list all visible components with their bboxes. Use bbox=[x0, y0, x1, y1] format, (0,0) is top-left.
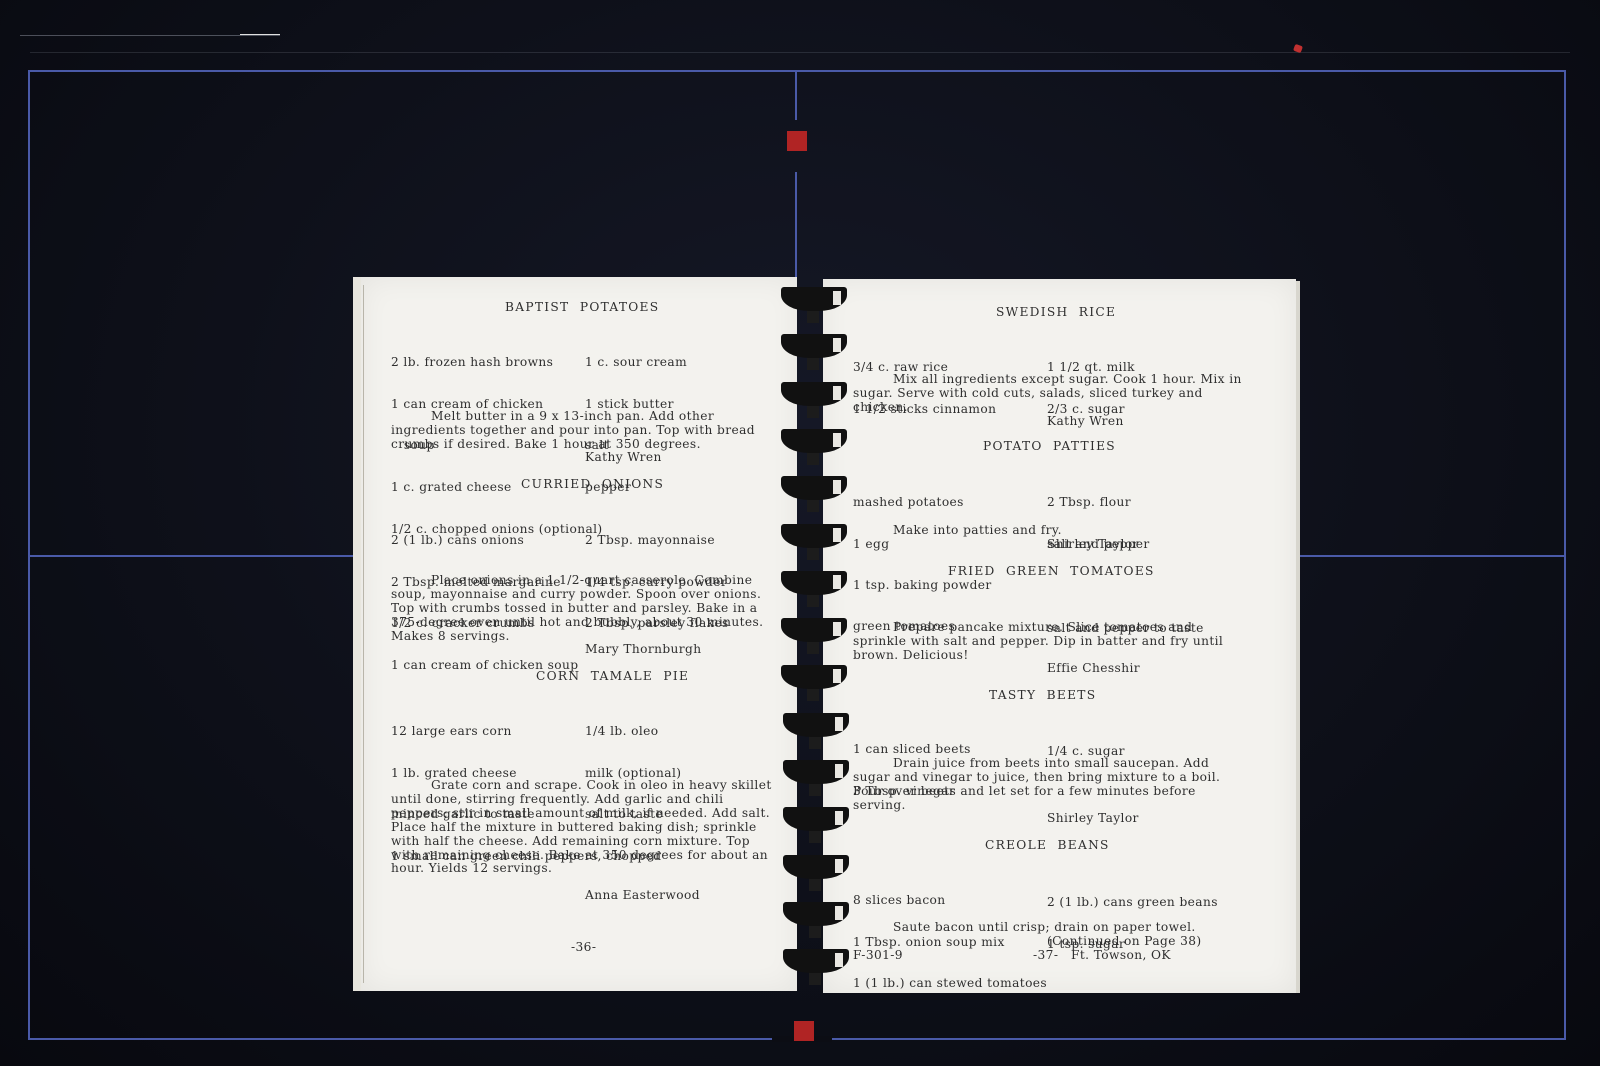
scan-streak bbox=[30, 52, 1570, 53]
recipe-author: Kathy Wren bbox=[585, 451, 662, 465]
directions-text: Saute bacon until crisp; drain on paper … bbox=[853, 921, 1253, 935]
recipe-directions: Place onions in a 1 1/2-quart casserole.… bbox=[391, 574, 776, 644]
recipe-author: Kathy Wren bbox=[1047, 415, 1124, 429]
recipe-directions: Saute bacon until crisp; drain on paper … bbox=[853, 921, 1253, 935]
spiral-coil bbox=[779, 713, 853, 747]
spiral-coil bbox=[777, 524, 851, 558]
recipe-title: CORN TAMALE PIE bbox=[536, 670, 689, 684]
ingredient: 2 Tbsp. flour bbox=[1047, 496, 1150, 510]
footer-code: F-301-9 bbox=[853, 949, 903, 963]
recipe-author: Shirley Taylor bbox=[1047, 812, 1139, 826]
page-number: -37- bbox=[1033, 949, 1058, 963]
directions-text: Prepare pancake mixture. Slice tomatoes … bbox=[853, 621, 1243, 663]
spiral-coil bbox=[777, 618, 851, 652]
spiral-coil bbox=[779, 902, 853, 936]
registration-marker-bottom bbox=[794, 1021, 814, 1041]
recipe-title: BAPTIST POTATOES bbox=[505, 301, 659, 315]
spiral-coil bbox=[777, 476, 851, 510]
spiral-coil bbox=[779, 949, 853, 983]
footer-location: Ft. Towson, OK bbox=[1071, 949, 1171, 963]
recipe-title: POTATO PATTIES bbox=[983, 440, 1116, 454]
recipe-author: Effie Chesshir bbox=[1047, 662, 1140, 676]
spiral-coil bbox=[777, 334, 851, 368]
spiral-coil bbox=[777, 382, 851, 416]
open-cookbook: BAPTIST POTATOES 2 lb. frozen hash brown… bbox=[353, 277, 1296, 995]
recipe-title: FRIED GREEN TOMATOES bbox=[948, 565, 1155, 579]
ingredient: 2 lb. frozen hash browns bbox=[391, 356, 603, 370]
directions-text: Mix all ingredients except sugar. Cook 1… bbox=[853, 373, 1243, 415]
spiral-coil bbox=[777, 571, 851, 605]
spiral-coil bbox=[779, 760, 853, 794]
ingredients-left: 8 slices bacon 1 Tbsp. onion soup mix 1 … bbox=[853, 866, 1047, 1019]
recipe-title: SWEDISH RICE bbox=[996, 306, 1116, 320]
ingredient: 1 egg bbox=[853, 538, 992, 552]
directions-text: Grate corn and scrape. Cook in oleo in h… bbox=[391, 779, 776, 876]
recipe-directions: Melt butter in a 9 x 13-inch pan. Add ot… bbox=[391, 410, 776, 452]
ingredient: 2 (1 lb.) cans onions bbox=[391, 534, 579, 548]
ingredient: 8 slices bacon bbox=[853, 894, 1047, 908]
recipe-author: Mary Thornburgh bbox=[585, 643, 701, 657]
page-number: -36- bbox=[571, 941, 596, 955]
directions-text: Drain juice from beets into small saucep… bbox=[853, 757, 1248, 813]
ingredient: mashed potatoes bbox=[853, 496, 992, 510]
registration-marker-top bbox=[787, 131, 807, 151]
recipe-title: CREOLE BEANS bbox=[985, 839, 1110, 853]
ingredient: 1/4 lb. oleo bbox=[585, 725, 681, 739]
horizontal-guide-left bbox=[28, 555, 353, 557]
recipe-directions: Drain juice from beets into small saucep… bbox=[853, 757, 1248, 813]
horizontal-guide-right bbox=[1296, 555, 1566, 557]
spiral-coil bbox=[777, 287, 851, 321]
ingredient: 1 can sliced beets bbox=[853, 743, 971, 757]
directions-text: Place onions in a 1 1/2-quart casserole.… bbox=[391, 574, 776, 644]
recipe-directions: Grate corn and scrape. Cook in oleo in h… bbox=[391, 779, 776, 876]
ingredient: 2 Tbsp. mayonnaise bbox=[585, 534, 729, 548]
spiral-coil bbox=[779, 855, 853, 889]
directions-text: Make into patties and fry. bbox=[853, 524, 1243, 538]
scan-streak bbox=[20, 35, 280, 36]
left-page: BAPTIST POTATOES 2 lb. frozen hash brown… bbox=[353, 277, 797, 991]
scan-streak bbox=[240, 34, 280, 35]
recipe-author: Anna Easterwood bbox=[585, 889, 700, 903]
continued-note: (Continued on Page 38) bbox=[1047, 935, 1202, 949]
spiral-coil bbox=[777, 665, 851, 699]
recipe-title: TASTY BEETS bbox=[989, 689, 1096, 703]
spiral-coil bbox=[777, 429, 851, 463]
ingredient: 1 c. sour cream bbox=[585, 356, 687, 370]
recipe-title: CURRIED ONIONS bbox=[521, 478, 664, 492]
right-page: SWEDISH RICE 3/4 c. raw rice 1 1/2 stick… bbox=[823, 279, 1296, 993]
ingredient: 1 (1 lb.) can stewed tomatoes bbox=[853, 977, 1047, 991]
recipe-directions: Prepare pancake mixture. Slice tomatoes … bbox=[853, 621, 1243, 663]
directions-text: Melt butter in a 9 x 13-inch pan. Add ot… bbox=[391, 410, 776, 452]
ingredient: 2 (1 lb.) cans green beans bbox=[1047, 896, 1218, 910]
center-guide-top bbox=[795, 70, 797, 120]
recipe-directions: Mix all ingredients except sugar. Cook 1… bbox=[853, 373, 1243, 415]
recipe-directions: Make into patties and fry. bbox=[853, 524, 1243, 538]
spiral-coil bbox=[779, 807, 853, 841]
center-guide-top-lower bbox=[795, 172, 797, 277]
recipe-author: Shirley Taylor bbox=[1047, 538, 1139, 552]
